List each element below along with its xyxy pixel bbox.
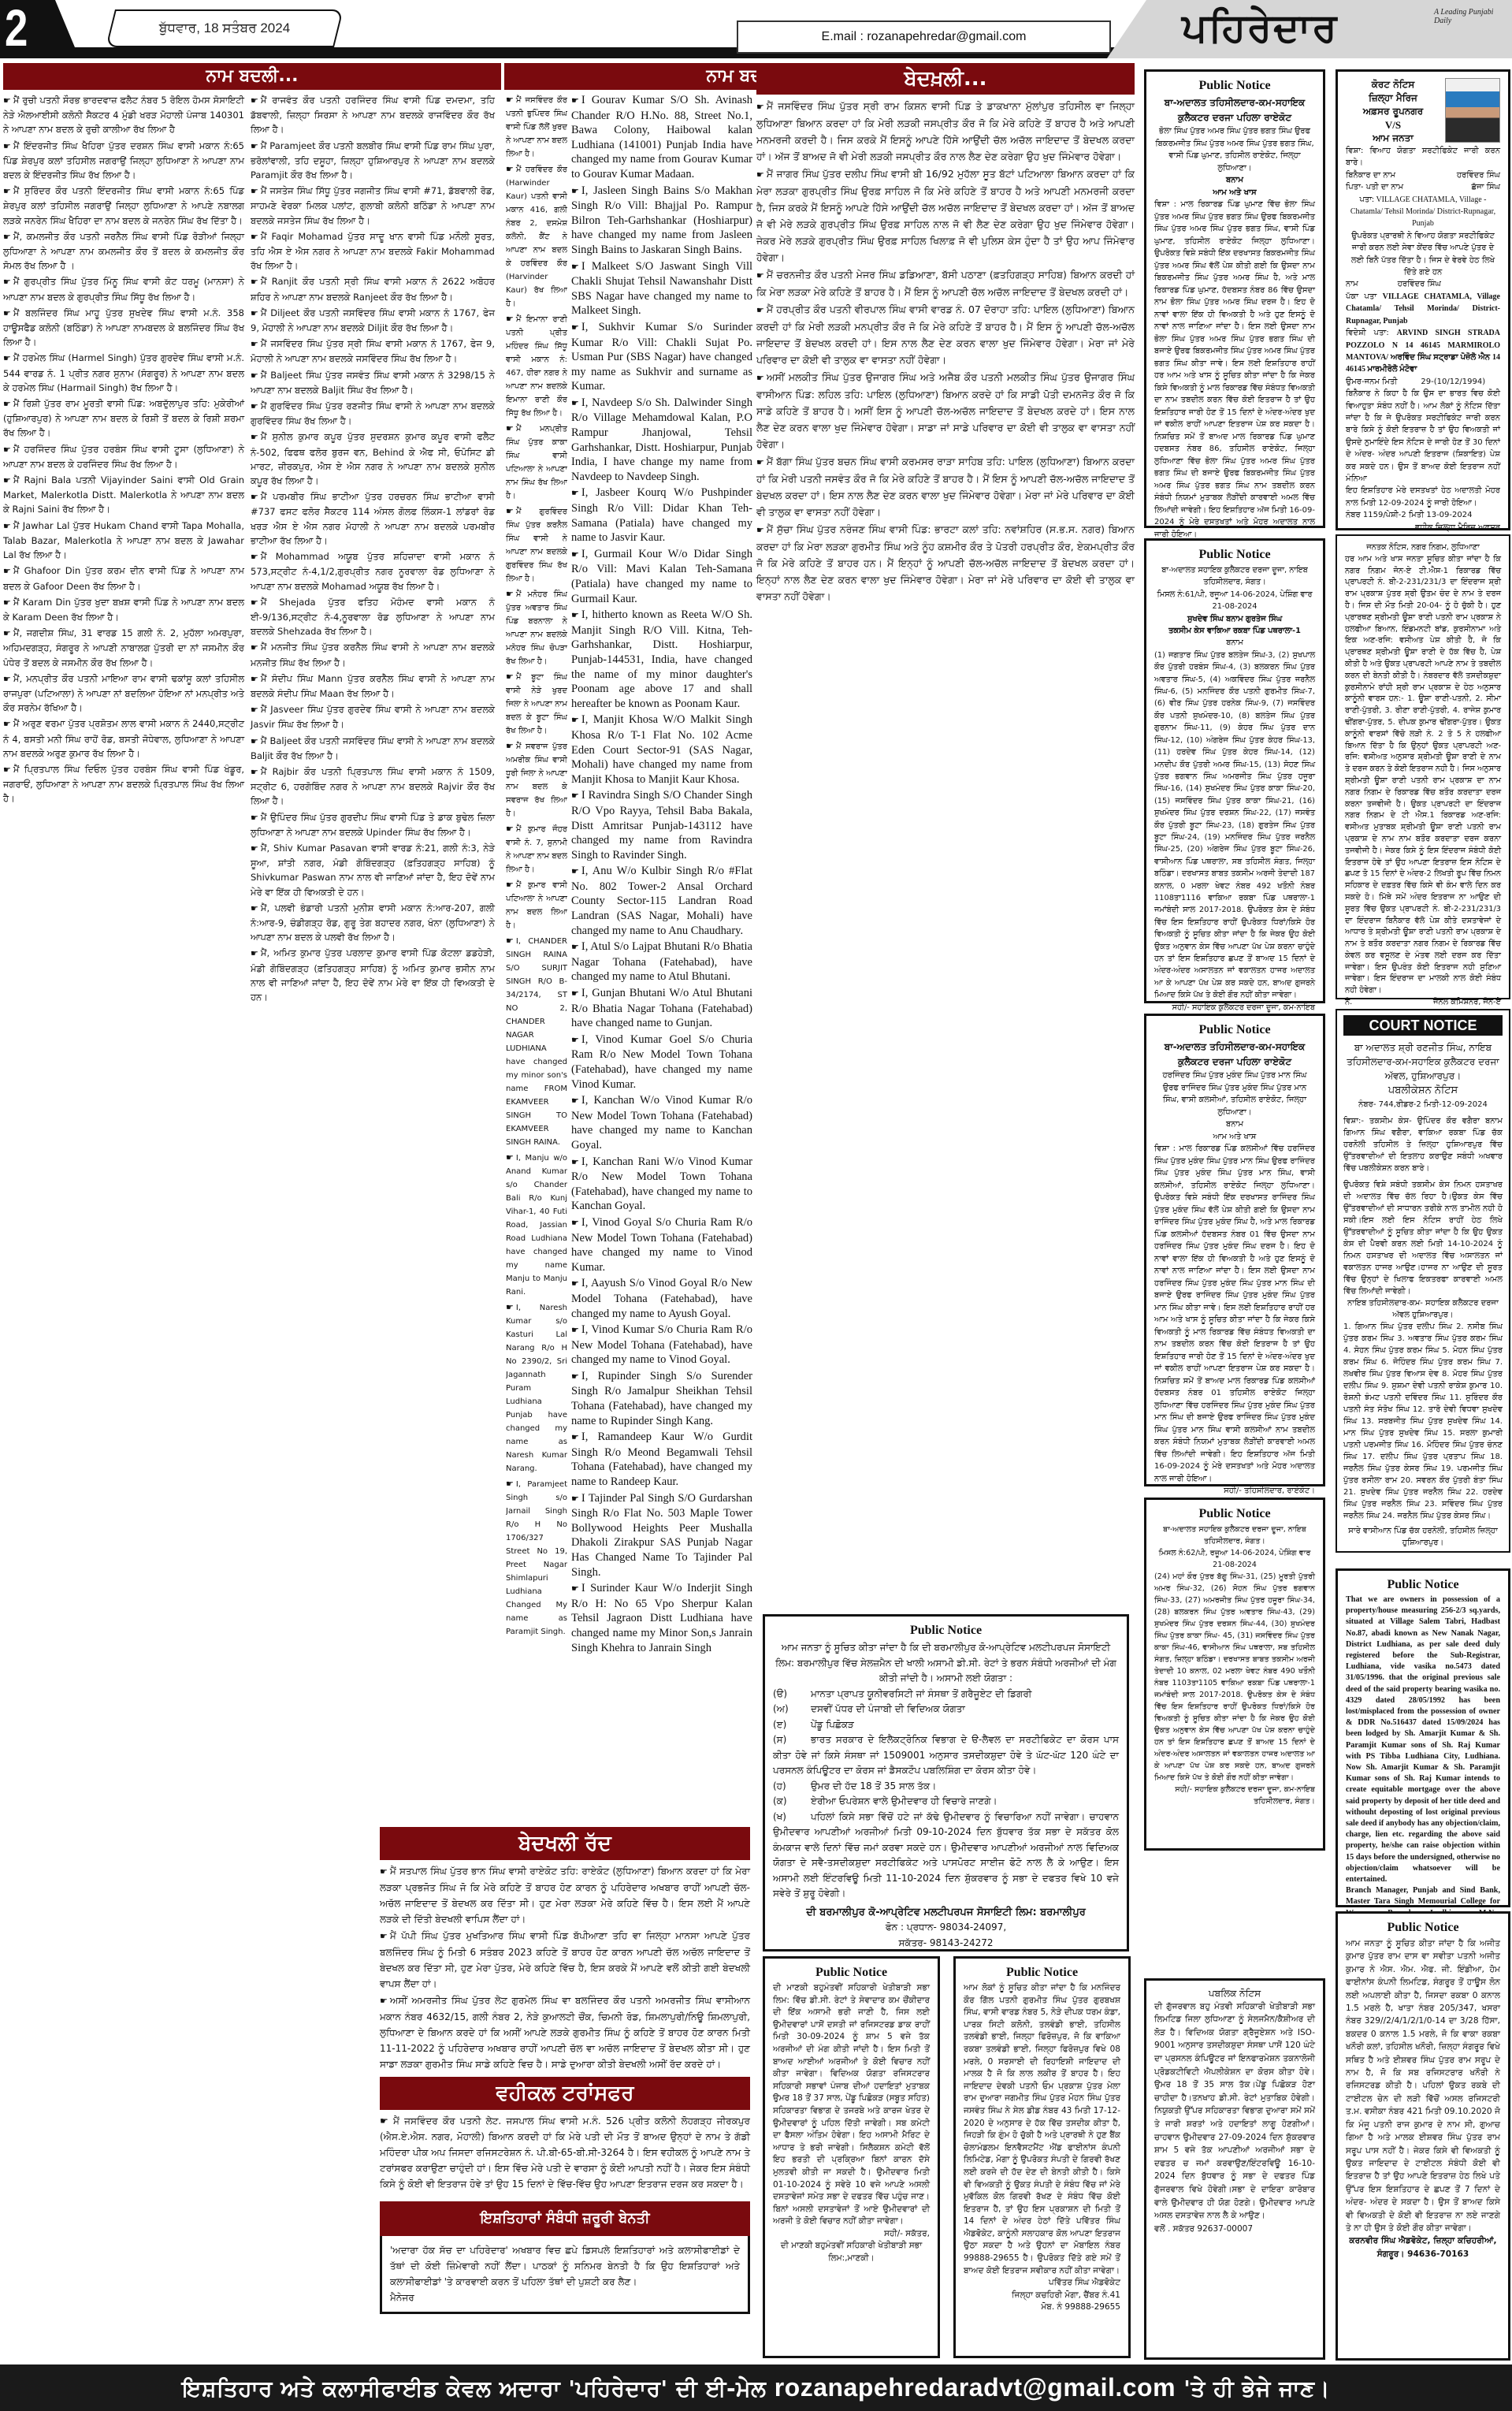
pointing-hand-icon: ☛ [380, 2115, 388, 2126]
pointing-hand-icon: ☛ [3, 445, 11, 455]
pointing-hand-icon: ☛ [756, 270, 764, 281]
list-item: ☛ਮੈਂ ਸਤਪਾਲ ਸਿੰਘ ਪੁੱਤਰ ਭਾਨ ਸਿੰਘ ਵਾਸੀ ਰਾਏਕ… [380, 1863, 750, 1927]
pointing-hand-icon: ☛ [380, 1866, 388, 1877]
pointing-hand-icon: ☛ [251, 843, 258, 854]
logo-tagline: A Leading Punjabi Daily [1434, 8, 1512, 25]
list-item: ☛ਮੈਂ ਜਸਵਿੰਦਰ ਸਿੰਘ ਪੁੱਤਰ ਸ੍ਰੀ ਰਾਮ ਕਿਸ਼ਨ ਵ… [756, 98, 1135, 165]
pointing-hand-icon: ☛ [251, 948, 258, 958]
applicant-row: ਬਿਨੈਕਾਰ ਦਾ ਨਾਮ ਹਰਵਿੰਦਰ ਸਿੰਘ [1346, 169, 1500, 181]
age-label: ਉਮਰ-ਜਨਮ ਮਿਤੀ [1346, 376, 1397, 388]
pointing-hand-icon: ☛ [380, 1996, 388, 2006]
list-item: ☛ਮੈਂ, ਪਲਵੀ ਭੰਡਾਰੀ ਪਤਨੀ ਮੁਨੀਸ਼ ਵਾਸੀ ਮਕਾਨ … [251, 901, 495, 945]
applicant-name: ਹਰਵਿੰਦਰ ਸਿੰਘ [1457, 169, 1500, 181]
notice-title: Public Notice [1346, 1577, 1500, 1593]
notice-signature: ਨਾਇਬ ਤਹਿਸੀਲਦਾਰ-ਕਮ- ਸਹਾਇਕ ਕਲੈਕਟਰ ਦਰਜਾ ਅੱਵ… [1343, 1297, 1503, 1321]
entry-text: ਮੈਂ Rajbir ਕੌਰ ਪਤਨੀ ਪ੍ਰਿਤਪਾਲ ਸਿੰਘ ਵਾਸੀ ਮ… [251, 766, 495, 806]
pointing-hand-icon: ☛ [571, 943, 579, 952]
qualification-item: (ਸ)ਭਾਰਤ ਸਰਕਾਰ ਦੇ ਇਲੈਕਟ੍ਰੋਨਿਕ ਵਿਭਾਗ ਦੇ ੳ-… [773, 1732, 1119, 1779]
notice-body: ਦੀ ਗੁੱਜਰਵਾਲ ਬਹੁ ਮੰਤਵੀ ਸਹਿਕਾਰੀ ਖੇਤੀਬਾੜੀ ਸ… [1154, 2000, 1315, 2223]
notice-body-3: ਇਹ ਇਸ਼ਤਿਹਾਰ ਮੇਰੇ ਦਸਤਖਤਾਂ ਹੇਠ ਅਦਾਲਤੀ ਮੋਹਰ… [1346, 485, 1500, 509]
pointing-hand-icon: ☛ [251, 232, 258, 242]
list-item: ☛ਮੈਂ ਕੁਮਾਰ ਜੌਹਰ ਵਾਸੀ ਨੰ. 7, ਸੁਨਾਮੀ ਨੇ ਆਪ… [506, 822, 567, 876]
notice-signature: ਕਰਨਵੀਰ ਸਿੰਘ ਐਡਵੋਕੇਟ, ਜ਼ਿਲ੍ਹਾ ਕਚਿਹਰੀਆਂ, ਸ… [1346, 2234, 1500, 2260]
perm-address-label: ਪੱਕਾ ਪਤਾ [1346, 292, 1376, 301]
list-item: ☛ਮੈਂ ਉਪਿੰਦਰ ਸਿੰਘ ਪੁੱਤਰ ਗੁਰਦੀਪ ਸਿੰਘ ਵਾਸੀ … [251, 810, 495, 839]
issue-date: ਬੁੱਧਵਾਰ, 18 ਸਤੰਬਰ 2024 [110, 9, 339, 47]
section-heading-disinherit: ਬੇਦਖ਼ਲੀ... [756, 63, 1135, 95]
entry-text: ਮੈਂ ਹਰਪ੍ਰੀਤ ਕੌਰ ਪਤਨੀ ਵੀਰਪਾਲ ਸਿੰਘ ਵਾਸੀ ਵਾ… [756, 303, 1135, 366]
newspaper-logo: ਪਹਿਰੇਦਾਰ [1182, 5, 1338, 51]
pointing-hand-icon: ☛ [506, 506, 514, 516]
qualification-key: (ਸ) [773, 1732, 811, 1748]
list-item: ☛ਮੈਂ ਗੁਰਪ੍ਰੀਤ ਸਿੰਘ ਪੁੱਤਰ ਮਿੰਨੂ ਸਿੰਘ ਵਾਸੀ… [3, 274, 244, 303]
section-heading-name-change-1: ਨਾਮ ਬਦਲੀ... [3, 63, 501, 90]
pointing-hand-icon: ☛ [3, 277, 11, 287]
notice-parties: ਭੋਲਾ ਸਿੰਘ ਪੁੱਤਰ ਅਮਰ ਸਿੰਘ ਪੁੱਤਰ ਭਗਤ ਸਿੰਘ … [1154, 125, 1315, 174]
pointing-hand-icon: ☛ [506, 1479, 514, 1489]
entry-text: ਮੈਂ ਸੁੱਚਾ ਸਿੰਘ ਪੁੱਤਰ ਨਰੰਜਣ ਸਿੰਘ ਵਾਸੀ ਪਿੰ… [756, 523, 1135, 602]
list-item: ☛ਮੈਂ ਮਨਪ੍ਰੀਤ ਸਿੰਘ ਪੁੱਤਰ ਕਾਕਾ ਸਿੰਘ ਵਾਸੀ ਪ… [506, 422, 567, 503]
entry-text: I, Vinod Kumar S/o Churia Ram R/o New Mo… [571, 1323, 752, 1366]
entry-text: ਮੈਂ ਸਤਪਾਲ ਸਿੰਘ ਪੁੱਤਰ ਭਾਨ ਸਿੰਘ ਵਾਸੀ ਰਾਏਕੋ… [380, 1866, 750, 1925]
pointing-hand-icon: ☛ [251, 642, 258, 653]
pointing-hand-icon: ☛ [506, 589, 514, 599]
list-item: ☛I Surinder Kaur W/o Inderjit Singh R/o … [571, 1581, 752, 1655]
list-item: ☛ਮੈਂ, ਜਗਦੀਸ਼ ਸਿੰਘ, 31 ਵਾਰਡ 15 ਗਲੀ ਨੰ. 2,… [3, 626, 244, 670]
qualification-key: (ਹ) [773, 1779, 811, 1795]
pointing-hand-icon: ☛ [571, 187, 579, 196]
notice-court: ਬਾ-ਅਦਾਲਤ ਤਹਿਸੀਲਦਾਰ-ਕਮ-ਸਹਾਇਕ ਕੁਲੈਕਟਰ ਦਰਜਾ… [1154, 95, 1315, 125]
age-value: 29-(10/12/1994) [1421, 376, 1485, 388]
list-item: ☛ਮੈਂ Faqir Mohamad ਪੁੱਤਰ ਸਾਦੂ ਖਾਨ ਵਾਸੀ ਪ… [251, 229, 495, 273]
name-change-col-2: ☛ਮੈਂ ਰਾਜਵੰਤ ਕੌਰ ਪਤਨੀ ਹਰਜਿੰਦਰ ਸਿੰਘ ਵਾਸੀ ਪ… [251, 93, 495, 1006]
pointing-hand-icon: ☛ [251, 277, 258, 287]
ad-request-box: ਇਸ਼ਤਿਹਾਰਾਂ ਸੰਬੰਧੀ ਜ਼ਰੂਰੀ ਬੇਨਤੀ 'ਅਦਾਰਾ ਹੱ… [380, 2201, 750, 2314]
qualification-item: (ਖ)ਪਹਿਲਾਂ ਕਿਸੇ ਸਭਾ ਵਿੱਚੋਂ ਹਟੇ ਜਾਂ ਕੱਢੇ ਉ… [773, 1810, 1119, 1902]
pointing-hand-icon: ☛ [251, 552, 258, 562]
footer-email-link[interactable]: rozanapehredaradvt@gmail.com [775, 2373, 1176, 2402]
sangrur-public-notice: Public Notice ਆਮ ਜਨਤਾ ਨੂੰ ਸੂਚਿਤ ਕੀਤਾ ਜਾਂ… [1336, 1911, 1510, 2361]
pointing-hand-icon: ☛ [3, 719, 11, 729]
list-item: ☛I, Ramandeep Kaur W/o Gurdit Singh R/o … [571, 1430, 752, 1489]
pointing-hand-icon: ☛ [506, 824, 514, 834]
pointing-hand-icon: ☛ [251, 597, 258, 608]
name-change-list-english: ☛I Gourav Kumar S/O Sh. Avinash Chander … [571, 93, 752, 1655]
list-item: ☛ਮੈਂ ਇਮਾਨਾ ਰਾਣੀ ਪਤਨੀ ਪ੍ਰੀਤ ਮਹਿੰਦਰ ਸਿੰਘ ਸ… [506, 312, 567, 420]
pointing-hand-icon: ☛ [571, 1494, 579, 1504]
notice-public: ਆਮ ਅਤੇ ਖਾਸ [1154, 1131, 1315, 1144]
qualification-value: ਪਹਿਲਾਂ ਕਿਸੇ ਸਭਾ ਵਿੱਚੋਂ ਹਟੇ ਜਾਂ ਕੱਢੇ ਉਮੀਦ… [773, 1811, 1119, 1899]
notice-vs: ਬਨਾਮ [1154, 637, 1315, 649]
notice-body: (24) ਮਹਾਂ ਕੌਰ ਪੁੱਤਰ ਬੱਗੂ ਸਿੰਘ-31, (25) ਮ… [1154, 1571, 1315, 1784]
list-item: ☛ਮੈਂ ਰਿਸ਼ੀ ਪੁੱਤਰ ਰਾਮ ਮੂਰਤੀ ਵਾਸੀ ਪਿੰਡ: ਅਬ… [3, 396, 244, 441]
applicant-photo [1445, 78, 1500, 143]
list-item: ☛ਮੈਂ Rajni Bala ਪਤਨੀ Vijayinder Saini ਵਾ… [3, 473, 244, 517]
raikot-public-notice-1: Public Notice ਬਾ-ਅਦਾਲਤ ਤਹਿਸੀਲਦਾਰ-ਕਮ-ਸਹਾਇ… [1144, 69, 1325, 528]
pointing-hand-icon: ☛ [756, 102, 764, 112]
name-change-list-3: ☛ਮੈਂ ਜਸਵਿੰਦਰ ਕੌਰ ਪਤਨੀ ਭੁਪਿੰਦਰ ਸਿੰਘ ਵਾਸੀ … [506, 93, 567, 1639]
entry-text: ਮੈਂ ਜਾਗਰ ਸਿੰਘ ਪੁੱਤਰ ਦਲੀਪ ਸਿੰਘ ਵਾਸੀ ਬੀ 16… [756, 168, 1135, 263]
entry-text: I Tajinder Pal Singh S/O Gurdarshan Sing… [571, 1492, 752, 1579]
notice-signature-3: ਮੋਬ. ਨੰ 99888-29655 [964, 2301, 1120, 2314]
list-item: ☛I, Jasleen Singh Bains S/o Makhan Singh… [571, 184, 752, 258]
list-item: ☛ਮੈਂ ਜਾਗਰ ਸਿੰਘ ਪੁੱਤਰ ਦਲੀਪ ਸਿੰਘ ਵਾਸੀ ਬੀ 1… [756, 166, 1135, 266]
entry-text: I, Navdeep S/o Sh. Dalwinder Singh R/o V… [571, 396, 752, 483]
entry-text: ਮੈਂ ਗੁਰਪ੍ਰੀਤ ਸਿੰਘ ਪੁੱਤਰ ਮਿੰਨੂ ਸਿੰਘ ਵਾਸੀ … [3, 276, 244, 302]
entry-text: I, Gunjan Bhutani W/o Atul Bhutani R/o B… [571, 987, 752, 1029]
list-item: ☛ਮੈਂ ਜਸਵਿੰਦਰ ਕੌਰ ਪਤਨੀ ਭੁਪਿੰਦਰ ਸਿੰਘ ਵਾਸੀ … [506, 93, 567, 161]
notice-phone-1: ਫੋਨ : ਪ੍ਰਧਾਨ- 98034-24097, [773, 1920, 1119, 1936]
list-item: ☛I, Sukhvir Kumar S/o Surinder Kumar R/o… [571, 320, 752, 394]
sangat-public-notice-1: Public Notice ਬਾ-ਅਦਾਲਤ ਸਹਾਇਕ ਕੁਲੈਕਟਰ ਦਰਜ… [1144, 538, 1325, 1003]
list-item: ☛ਮੈਂ ਹਰਵਿੰਦਰ ਕੌਰ (Harwinder Kaur) ਪਤਨੀ ਵ… [506, 162, 567, 311]
entry-text: I, Gurmail Kour W/o Didar Singh R/o Vill… [571, 548, 752, 605]
list-item: ☛I, Kanchan W/o Vinod Kumar R/o New Mode… [571, 1093, 752, 1152]
raikot-public-notice-2: Public Notice ਬਾ-ਅਦਾਲਤ ਤਹਿਸੀਲਦਾਰ-ਕਮ-ਸਹਾਇ… [1144, 1014, 1325, 1486]
list-item: ☛ਮੈਂ ਮਨੋਹਰ ਸਿੰਘ ਪੁੱਤਰ ਅਵਤਾਰ ਸਿੰਘ ਪਿੰਡ ਬਰ… [506, 587, 567, 668]
list-item: ☛I, Paramjeet Singh s/o Jarnail Singh R/… [506, 1477, 567, 1639]
entry-text: ਮੈਂ Paramjeet ਕੌਰ ਪਤਨੀ ਬਲਬੀਰ ਸਿੰਘ ਵਾਸੀ ਪ… [251, 140, 495, 180]
list-item: ☛ਮੈਂ Paramjeet ਕੌਰ ਪਤਨੀ ਬਲਬੀਰ ਸਿੰਘ ਵਾਸੀ … [251, 139, 495, 183]
entry-text: ਮੈਂ Baljeet ਸਿੰਘ ਪੁੱਤਰ ਜਸਵੰਤ ਸਿੰਘ ਵਾਸੀ ਮ… [251, 370, 495, 396]
list-item: ☛ਮੈਂ ਸੁਨੀਲ ਕੁਮਾਰ ਕਪੂਰ ਪੁੱਤਰ ਸੁਦਰਸ਼ਨ ਕੁਮਾ… [251, 430, 495, 488]
list-item: ☛ਮੈਂ ਬੱਗਾ ਸਿੰਘ ਪੁੱਤਰ ਬਚਨ ਸਿੰਘ ਵਾਸੀ ਕਰਮਸਰ… [756, 453, 1135, 520]
list-item: ☛ਮੈਂ ਸੁਰਿੰਦਰ ਕੌਰ ਪਤਨੀ ਇੰਦਰਜੀਤ ਸਿੰਘ ਵਾਸੀ … [3, 184, 244, 228]
notice-case: ਮਿਸਲ ਨੰ:62/ਪੀ, ਰਜੂਆ 14-06-2024, ਪੇਸ਼ਿੰਗ … [1154, 1547, 1315, 1571]
notice-title: Public Notice [773, 1623, 1119, 1639]
list-item: ☛I Malkeet S/O Jaswant Singh Vill Chakli… [571, 259, 752, 318]
pointing-hand-icon: ☛ [251, 432, 258, 442]
pointing-hand-icon: ☛ [251, 339, 258, 349]
notice-subject: ਵਿਸ਼ਾ: ਵਿਆਹ ਯੋਗਤਾ ਸਰਟੀਫਿਕੇਟ ਜਾਰੀ ਕਰਨ ਬਾਰ… [1346, 145, 1500, 169]
list-item: ☛ਮੈਂ ਮਨਜੀਤ ਸਿੰਘ ਪੁੱਤਰ ਕਰਨੈਲ ਸਿੰਘ ਵਾਸੀ ਨੇ… [251, 640, 495, 669]
list-item: ☛ਮੈਂ Rajbir ਕੌਰ ਪਤਨੀ ਪ੍ਰਿਤਪਾਲ ਸਿੰਘ ਵਾਸੀ … [251, 765, 495, 809]
entry-text: ਅਸੀਂ ਮਲਕੀਤ ਸਿੰਘ ਪੁੱਤਰ ਉਜਾਗਰ ਸਿੰਘ ਅਤੇ ਅਜੈ… [756, 371, 1135, 450]
list-item: ☛I, Gunjan Bhutani W/o Atul Bhutani R/o … [571, 986, 752, 1031]
pointing-hand-icon: ☛ [3, 399, 11, 409]
perm-address-row: ਪੱਕਾ ਪਤਾ VILLAGE CHATAMLA, Village Chata… [1346, 291, 1500, 327]
entry-text: I, Jasbeer Kourq W/o Pushpinder Singh R/… [571, 486, 752, 544]
notice-signature: ਵਲੋਂ . ਸਕੱਤਰ 92637-00007 [1154, 2223, 1315, 2236]
list-item: ☛ਮੈਂ ਅਰੁਣ ਵਰਮਾ ਪੁੱਤਰ ਪ੍ਰਸ਼ੋਤਮ ਲਾਲ ਵਾਸੀ ਮ… [3, 716, 244, 761]
entry-text: I, Rupinder Singh S/o Surender Singh R/o… [571, 1370, 752, 1427]
applicant-address: ਪਤਾ: VILLAGE CHATAMLA, Village - Chataml… [1346, 194, 1500, 230]
qualification-list: (ੳ)ਮਾਨਤਾ ਪ੍ਰਾਪਤ ਯੂਨੀਵਰਸਿਟੀ ਜਾਂ ਸੰਸਥਾ ਤੋਂ… [773, 1687, 1119, 1902]
entry-text: ਮੈਂ ਕੁਮਾਰ ਜੌਹਰ ਵਾਸੀ ਨੰ. 7, ਸੁਨਾਮੀ ਨੇ ਆਪਣ… [506, 825, 567, 874]
pointing-hand-icon: ☛ [571, 867, 579, 876]
entry-text: ਮੈਂ Mohammad ਅਯੂਬ ਪੁੱਤਰ ਸ਼ਹਿਜ਼ਾਦਾ ਵਾਸੀ ਮ… [251, 551, 495, 591]
contact-email[interactable]: E.mail : rozanapehredar@gmail.com [737, 20, 1111, 54]
qualification-key: (ੲ) [773, 1717, 811, 1733]
entry-text: ਮੈਂ Ranjit ਕੌਰ ਪਤਨੀ ਸ੍ਰੀ ਸਿੰਘ ਵਾਸੀ ਮਕਾਨ … [251, 276, 495, 302]
entry-text: ਮੈਂ ਇਮਾਨਾ ਰਾਣੀ ਪਤਨੀ ਪ੍ਰੀਤ ਮਹਿੰਦਰ ਸਿੰਘ ਸਿ… [506, 315, 567, 418]
entry-text: ਮੈਂ, ਕਮਲਜੀਤ ਕੌਰ ਪਤਨੀ ਜਰਨੈਲ ਸਿੰਘ ਵਾਸੀ ਪਿੰ… [3, 231, 244, 271]
notice-body-1: ਉਪਰੋਕਤ ਪ੍ਰਾਰਥੀ ਨੇ ਵਿਆਹ ਯੋਗਤਾ ਸਰਟੀਫਿਕੇਟ ਜ… [1346, 230, 1500, 279]
notice-title: Public Notice [1154, 1506, 1315, 1522]
lower-middle-section: ਬੇਦਖਲੀ ਰੱਦ ☛ਮੈਂ ਸਤਪਾਲ ਸਿੰਘ ਪੁੱਤਰ ਭਾਨ ਸਿੰ… [380, 1827, 750, 2314]
list-item: ☛I, Vinod Kumar S/o Churia Ram R/o New M… [571, 1323, 752, 1367]
list-item: ☛I, Vinod Kumar Goel S/o Churia Ram R/o … [571, 1032, 752, 1092]
foreign-address-row: ਵਿਦੇਸ਼ੀ ਪਤਾ: ARVIND SINGH STRADA POZZOLO… [1346, 327, 1500, 376]
list-item: ☛ਮੈਂ, Shiv Kumar Pasavan ਵਾਸੀ ਵਾਰਡ ਨੰ:21… [251, 841, 495, 899]
entry-text: ਮੈਂ ਪ੍ਰਿਤਪਾਲ ਸਿੰਘ ਦਿਓਲ ਪੁੱਤਰ ਹਰਬੰਸ ਸਿੰਘ … [3, 764, 244, 804]
pointing-hand-icon: ☛ [756, 457, 764, 467]
applicant-label: ਬਿਨੈਕਾਰ ਦਾ ਨਾਮ [1346, 169, 1395, 181]
notice-court: ਬਾ-ਅਦਾਲਤ ਸਹਾਇਕ ਕੁਲੈਕਟਰ ਦਰਜਾ ਦੂਜਾ, ਨਾਇਬ ਤ… [1154, 564, 1315, 589]
entry-text: ਮੈਂ ਬੱਗਾ ਸਿੰਘ ਪੁੱਤਰ ਬਚਨ ਸਿੰਘ ਵਾਸੀ ਕਰਮਸਰ … [756, 456, 1135, 518]
qualification-key: (ਕ) [773, 1794, 811, 1810]
list-item: ☛ਮੈਂ ਹਰਮੇਲ ਸਿੰਘ (Harmel Singh) ਪੁੱਤਰ ਗੁਰ… [3, 351, 244, 395]
rupnagar-court-notice: ਕੋਰਟ ਨੋਟਿਸ ਜ਼ਿਲ੍ਹਾ ਮੈਰਿਜ ਅਫ਼ਸਰ ਰੂਪਨਗਰ V/… [1336, 69, 1510, 530]
signature-row-1: ਨੰ. ਜੋਨਲ ਕਮਿਸ਼ਨਰ, ਜੋਨ-ਏ [1345, 997, 1501, 1009]
entry-text: ਮੈਂ ਗੁਰਵਿੰਦਰ ਸਿੰਘ ਪੁੱਤਰ ਰਣਜੀਤ ਸਿੰਘ ਵਾਸੀ … [251, 400, 495, 426]
father-name: ਛੱਜਾ ਸਿੰਘ [1472, 181, 1500, 193]
entry-text: I, Vinod Goyal S/o Churia Ram R/o New Mo… [571, 1216, 752, 1274]
pointing-hand-icon: ☛ [506, 1302, 514, 1312]
qualification-value: ਦਸਵੀਂ ਪੱਧਰ ਦੀ ਪੰਜਾਬੀ ਦੀ ਵਿਦਿਅਕ ਯੋਗਤਾ [811, 1703, 965, 1714]
list-item: ☛ਮੈਂ ਸੁੱਚਾ ਸਿੰਘ ਪੁੱਤਰ ਨਰੰਜਣ ਸਿੰਘ ਵਾਸੀ ਪਿ… [756, 521, 1135, 605]
qualification-item: (ਕ)ਏਰੀਆ ਓਪਰੇਸ਼ਨ ਵਾਲੇ ਉਮੀਦਵਾਰ ਹੀ ਵਿਚਾਰੇ ਜ… [773, 1794, 1119, 1810]
list-item: ☛ਮੈਂ Jawhar Lal ਪੁੱਤਰ Hukam Chand ਵਾਸੀ T… [3, 519, 244, 563]
entry-text: ਅਸੀਂ ਅਮਰਜੀਤ ਸਿੰਘ ਪੁੱਤਰ ਲੇਟ ਗੁਰਮੇਲ ਸਿੰਘ ਵ… [380, 1995, 750, 2070]
entry-text: ਮੈਂ ਸੁਰਿੰਦਰ ਕੌਰ ਪਤਨੀ ਇੰਦਰਜੀਤ ਸਿੰਘ ਵਾਸੀ ਮ… [3, 185, 244, 225]
entry-text: ਮੈਂ, ਪਲਵੀ ਭੰਡਾਰੀ ਪਤਨੀ ਮੁਨੀਸ਼ ਵਾਸੀ ਮਕਾਨ ਨ… [251, 902, 495, 943]
entry-text: I, Anu W/o Kulbir Singh R/o #Flat No. 80… [571, 865, 752, 936]
notice-court: ਬਾ-ਅਦਾਲਤ ਤਹਿਸੀਲਦਾਰ-ਕਮ-ਸਹਾਇਕ ਕੁਲੈਕਟਰ ਦਰਜਾ… [1154, 1040, 1315, 1070]
entry-text: ਮੈਂ ਸੁਨੀਲ ਕੁਮਾਰ ਕਪੂਰ ਪੁੱਤਰ ਸੁਦਰਸ਼ਨ ਕੁਮਾਰ… [251, 431, 495, 486]
entry-text: ਮੈਂ ਬੂਟਾ ਸਿੰਘ ਵਾਸੀ ਨੇੜੇ ਖੁਰਦ ਜਿਲਾ ਨੇ ਆਪਣ… [506, 673, 567, 735]
vehicle-transfer-entry: ☛ ਮੈਂ ਜਸਵਿੰਦਰ ਕੌਰ ਪਤਨੀ ਲੇਟ. ਜਸਪਾਲ ਸਿੰਘ ਵ… [380, 2113, 750, 2192]
qualification-key: (ਅ) [773, 1702, 811, 1717]
notice-case: ਮਿਸਲ ਨੰ:61/ਪੀ, ਰਜੂਆ 14-06-2024, ਪੇਸ਼ਿੰਗ … [1154, 589, 1315, 613]
disinherit-list: ☛ਮੈਂ ਜਸਵਿੰਦਰ ਸਿੰਘ ਪੁੱਤਰ ਸ੍ਰੀ ਰਾਮ ਕਿਸ਼ਨ ਵ… [756, 98, 1135, 605]
list-item: ☛I, Navdeep S/o Sh. Dalwinder Singh R/o … [571, 396, 752, 485]
list-item: ☛ਮੈਂ Ranjit ਕੌਰ ਪਤਨੀ ਸ੍ਰੀ ਸਿੰਘ ਵਾਸੀ ਮਕਾਨ… [251, 274, 495, 303]
entry-text: I, Vinod Kumar Goel S/o Churia Ram R/o N… [571, 1033, 752, 1091]
pointing-hand-icon: ☛ [506, 1152, 514, 1163]
notice-title: Public Notice [1154, 78, 1315, 94]
entry-text: ਮੈਂ ਗੁਰਵਿੰਦਰ ਸਿੰਘ ਪੁੱਤਰ ਕਰਨੈਲ ਸਿੰਘ ਵਾਸੀ … [506, 508, 567, 583]
notice-title: Public Notice [773, 1965, 930, 1981]
notice-ref: ਨੰਬਰ- 744,ਰੀਡਰ-2 ਮਿਤੀ-12-09-2024 [1343, 1099, 1503, 1111]
section-heading-disinherit-cancel: ਬੇਦਖਲੀ ਰੱਦ [380, 1827, 750, 1860]
list-item: ☛I, Jasbeer Kourq W/o Pushpinder Singh R… [571, 486, 752, 545]
list-item: ☛I, Manjit Khosa W/O Malkit Singh Khosa … [571, 713, 752, 787]
notice-signature-1: ਜੋਨਲ ਕਮਿਸ਼ਨਰ, ਜੋਨ-ਏ [1433, 997, 1501, 1009]
list-item: ☛ਮੈਂ ਰਾਜਵੰਤ ਕੌਰ ਪਤਨੀ ਹਰਜਿੰਦਰ ਸਿੰਘ ਵਾਸੀ ਪ… [251, 93, 495, 137]
list-item: ☛ਮੈਂ ਜਸਤੇਜ ਸਿੰਘ ਸਿੱਧੂ ਪੁੱਤਰ ਜਗਜੀਤ ਸਿੰਘ ਵ… [251, 184, 495, 228]
entry-text: ਮੈਂ ਜਸਤੇਜ ਸਿੰਘ ਸਿੱਧੂ ਪੁੱਤਰ ਜਗਜੀਤ ਸਿੰਘ ਵਾ… [251, 185, 495, 225]
ad-request-sign: ਮੈਨੇਜਰ [390, 2290, 740, 2305]
pointing-hand-icon: ☛ [3, 232, 11, 242]
pointing-hand-icon: ☛ [571, 1279, 579, 1289]
pointing-hand-icon: ☛ [3, 674, 11, 684]
pointing-hand-icon: ☛ [506, 741, 514, 751]
pointing-hand-icon: ☛ [571, 1036, 579, 1045]
date-box: ਬੁੱਧਵਾਰ, 18 ਸਤੰਬਰ 2024 [110, 9, 339, 47]
pointing-hand-icon: ☛ [756, 169, 764, 180]
pointing-hand-icon: ☛ [3, 308, 11, 318]
entry-text: ਮੈਂ ਸਵਰਾਜ ਪੁੱਤਰ ਅਮਰੀਕ ਸਿੰਘ ਵਾਸੀ ਧੂਰੀ ਜਿਲ… [506, 742, 567, 818]
notice-title: ਪਬਲਿਕ ਨੋਟਿਸ [1154, 1987, 1315, 2000]
list-item: ☛I, Rupinder Singh S/o Surender Singh R/… [571, 1369, 752, 1428]
list-item: ☛ਅਸੀਂ ਅਮਰਜੀਤ ਸਿੰਘ ਪੁੱਤਰ ਲੇਟ ਗੁਰਮੇਲ ਸਿੰਘ … [380, 1992, 750, 2072]
pointing-hand-icon: ☛ [3, 141, 11, 151]
notice-court: ਬਾ-ਅਦਾਲਤ ਸਹਾਇਕ ਕੁਲੈਕਟਰ ਦਰਜਾ ਦੂਜਾ, ਨਾਇਬ ਤ… [1154, 1524, 1315, 1547]
disinherit-cancel-list: ☛ਮੈਂ ਸਤਪਾਲ ਸਿੰਘ ਪੁੱਤਰ ਭਾਨ ਸਿੰਘ ਵਾਸੀ ਰਾਏਕ… [380, 1863, 750, 2072]
entry-text: ਮੈਂ, ਜਗਦੀਸ਼ ਸਿੰਘ, 31 ਵਾਰਡ 15 ਗਲੀ ਨੰ. 2, … [3, 627, 244, 668]
pointing-hand-icon: ☛ [756, 373, 764, 383]
qualification-key: (ਖ) [773, 1810, 811, 1825]
entry-text: I, Manjit Khosa W/O Malkit Singh Khosa R… [571, 713, 752, 785]
list-item: ☛I, Kanchan Rani W/o Vinod Kumar R/o New… [571, 1155, 752, 1214]
list-item: ☛ਮੈਂ Diljeet ਕੌਰ ਪਤਨੀ ਜਸਵਿੰਦਰ ਸਿੰਘ ਵਾਸੀ … [251, 306, 495, 335]
notice-org: ਦੀ ਮਾਣਕੀ ਬਹੁਮੰਤਵੀਂ ਸਹਿਕਾਰੀ ਖੇਤੀਬਾੜੀ ਸਭਾ … [773, 2240, 930, 2264]
entry-text: ਮੈਂ ਰਿਸ਼ੀ ਪੁੱਤਰ ਰਾਮ ਮੂਰਤੀ ਵਾਸੀ ਪਿੰਡ: ਅਬਦ… [3, 398, 244, 438]
list-item: ☛ਮੈਂ ਇੰਦਰਜੀਤ ਸਿੰਘ ਖੈਹਿਰਾ ਪੁੱਤਰ ਦਰਸ਼ਨ ਸਿੰ… [3, 139, 244, 183]
entry-text: I, Kanchan W/o Vinod Kumar R/o New Model… [571, 1094, 752, 1152]
list-item: ☛I Tajinder Pal Singh S/O Gurdarshan Sin… [571, 1491, 752, 1580]
notice-body: ਵਿਸ਼ਾ : ਮਾਲ ਰਿਕਾਰਡ ਪਿੰਡ ਕਲਸੀਆਂ ਵਿੱਚ ਹਰਜਿ… [1154, 1143, 1315, 1485]
entry-text: I Surinder Kaur W/o Inderjit Singh R/o H… [571, 1582, 752, 1654]
pointing-hand-icon: ☛ [251, 370, 258, 381]
list-item: ☛I, Atul S/o Lajpat Bhutani R/o Bhatia N… [571, 939, 752, 984]
notice-vs: ਬਨਾਮ [1154, 1118, 1315, 1131]
footer-banner: ਇਸ਼ਤਿਹਾਰ ਅਤੇ ਕਲਾਸੀਫਾਈਡ ਕੇਵਲ ਅਦਾਰਾ 'ਪਹਿਰੇ… [0, 2364, 1512, 2411]
notice-body: (1) ਜਗਤਾਰ ਸਿੰਘ ਪੁੱਤਰ ਬਲਤੇਜ ਸਿੰਘ-3, (2) ਸ… [1154, 649, 1315, 1002]
entry-text: ਮੈਂ ਚਰਨਜੀਤ ਕੌਰ ਪਤਨੀ ਮੇਜਰ ਸਿੰਘ ਡਡਿਆਣਾ, ਬੱ… [756, 269, 1135, 298]
entry-text: I, Atul S/o Lajpat Bhutani R/o Bhatia Na… [571, 940, 752, 983]
list-item: ☛ਮੈਂ Karam Din ਪੁੱਤਰ ਖੁਦਾ ਬਖ਼ਸ਼ ਵਾਸੀ ਪਿੰ… [3, 595, 244, 624]
list-item: ☛ਮੈਂ, ਅਮਿਤ ਕੁਮਾਰ ਪੁੱਤਰ ਪਰਲਾਦ ਕੁਮਾਰ ਵਾਸੀ … [251, 946, 495, 1004]
list-item: ☛I, Naresh Kumar s/o Kasturi Lal Narang … [506, 1300, 567, 1475]
pointing-hand-icon: ☛ [380, 1931, 388, 1941]
entry-text: I, Ramandeep Kaur W/o Gurdit Singh R/o M… [571, 1431, 752, 1488]
list-item: ☛I Gourav Kumar S/O Sh. Avinash Chander … [571, 93, 752, 182]
notice-title: Public Notice [1154, 1022, 1315, 1038]
pointing-hand-icon: ☛ [506, 880, 514, 890]
pointing-hand-icon: ☛ [571, 1158, 579, 1167]
notice-ref: ਨੰਬਰ 1159/ਪੇਸ਼ੀ-2 ਮਿਤੀ 13-09-2024 [1346, 509, 1500, 521]
list-item: ☛ਅਸੀਂ ਮਲਕੀਤ ਸਿੰਘ ਪੁੱਤਰ ਉਜਾਗਰ ਸਿੰਘ ਅਤੇ ਅਜ… [756, 369, 1135, 452]
qualification-value: ਏਰੀਆ ਓਪਰੇਸ਼ਨ ਵਾਲੇ ਉਮੀਦਵਾਰ ਹੀ ਵਿਚਾਰੇ ਜਾਣਗ… [811, 1795, 997, 1806]
entry-text: I, Aayush S/o Vinod Goyal R/o New Model … [571, 1277, 752, 1319]
vehicle-transfer-text: ਮੈਂ ਜਸਵਿੰਦਰ ਕੌਰ ਪਤਨੀ ਲੇਟ. ਜਸਪਾਲ ਸਿੰਘ ਵਾਸ… [380, 2115, 750, 2190]
page-number: 2 [5, 2, 28, 54]
entry-text: ਮੈਂ Baljeet ਕੌਰ ਪਤਨੀ ਜਸਵਿੰਦਰ ਸਿੰਘ ਵਾਸੀ ਨ… [251, 735, 495, 761]
list-item: ☛ਮੈਂ Ghafoor Din ਪੁੱਤਰ ਕਰਮ ਦੀਨ ਵਾਸੀ ਪਿੰਡ… [3, 564, 244, 593]
entry-text: ਮੈਂ ਰੁਚੀ ਪਤਨੀ ਸੌਰਭ ਭਾਰਦਵਾਜ਼ ਫਲੈਟ ਨੰਬਰ 5 … [3, 95, 244, 135]
footer-text-end: 'ਤੇ ਹੀ ਭੇਜੇ ਜਾਣ। [1183, 2376, 1330, 2402]
entry-text: ਮੈਂ ਜਸਵਿੰਦਰ ਕੌਰ ਪਤਨੀ ਭੁਪਿੰਦਰ ਸਿੰਘ ਵਾਸੀ ਪ… [506, 96, 567, 158]
notice-subject: ਵਿਸ਼ਾ:- ਤਕਸੀਮ ਕੇਸ- ਉਪਿੰਦਰ ਕੌਰ ਵਗੈਰਾ ਬਨਾਮ… [1343, 1115, 1503, 1174]
qualification-item: (ਅ)ਦਸਵੀਂ ਪੱਧਰ ਦੀ ਪੰਜਾਬੀ ਦੀ ਵਿਦਿਅਕ ਯੋਗਤਾ [773, 1702, 1119, 1717]
entry-text: ਮੈਂ Faqir Mohamad ਪੁੱਤਰ ਸਾਦੂ ਖਾਨ ਵਾਸੀ ਪਿ… [251, 231, 495, 271]
list-item: ☛ਮੈਂ ਕੁਮਾਰ ਵਾਸੀ ਪਟਿਆਲਾ ਨੇ ਆਪਣਾ ਨਾਮ ਬਦਲ ਲ… [506, 878, 567, 932]
pointing-hand-icon: ☛ [251, 903, 258, 913]
entry-text: ਮੈਂ, ਅਮਿਤ ਕੁਮਾਰ ਪੁੱਤਰ ਪਰਲਾਦ ਕੁਮਾਰ ਵਾਸੀ ਪ… [251, 947, 495, 1003]
entry-text: ਮੈਂ ਰਾਜਵੰਤ ਕੌਰ ਪਤਨੀ ਹਰਜਿੰਦਰ ਸਿੰਘ ਵਾਸੀ ਪਿ… [251, 95, 495, 135]
qualification-value: ਉਮਰ ਦੀ ਹੱਦ 18 ਤੋਂ 35 ਸਾਲ ਤੱਕ। [811, 1780, 936, 1792]
entry-text: I, Paramjeet Singh s/o Jarnail Singh R/o… [506, 1480, 567, 1636]
pointing-hand-icon: ☛ [506, 95, 514, 105]
entry-text: ਮੈਂ, ਮਨਪ੍ਰੀਤ ਕੌਰ ਪਤਨੀ ਮਾਇਆ ਰਾਮ ਵਾਸੀ ਢਕਾਂ… [3, 673, 244, 713]
notice-parties: ਸੁਖਦੇ‌ਵ ਸਿੰਘ ਬਨਾਮ ਗੁਰਤੇਜ ਸਿੰਘ [1154, 613, 1315, 625]
list-item: ☛I, CHANDER SINGH RAINA S/O SURJIT SINGH… [506, 934, 567, 1149]
foreign-address-label: ਵਿਦੇਸ਼ੀ ਪਤਾ: [1346, 329, 1389, 337]
age-row: ਉਮਰ-ਜਨਮ ਮਿਤੀ 29-(10/12/1994) [1346, 376, 1500, 388]
list-item: ☛ਮੈਂ ਹਰਪ੍ਰੀਤ ਕੌਰ ਪਤਨੀ ਵੀਰਪਾਲ ਸਿੰਘ ਵਾਸੀ ਵ… [756, 301, 1135, 368]
pointing-hand-icon: ☛ [571, 550, 579, 560]
entry-text: I Ravindra Singh S/O Chander Singh R/O V… [571, 789, 752, 861]
pointing-hand-icon: ☛ [571, 716, 579, 725]
entry-text: I, Sukhvir Kumar S/o Surinder Kumar R/o … [571, 321, 752, 393]
pointing-hand-icon: ☛ [251, 95, 258, 106]
pointing-hand-icon: ☛ [571, 96, 579, 106]
list-item: ☛I, Anu W/o Kulbir Singh R/o #Flat No. 8… [571, 864, 752, 938]
entry-text: ਮੈਂ ਹਰਮੇਲ ਸਿੰਘ (Harmel Singh) ਪੁੱਤਰ ਗੁਰਦ… [3, 352, 244, 393]
pointing-hand-icon: ☛ [251, 813, 258, 823]
entry-text: ਮੈਂ Shejada ਪੁੱਤਰ ਫਤਿਹ ਮੋਹੰਮਦ ਵਾਸੀ ਮਕਾਨ … [251, 597, 495, 637]
list-item: ☛ਮੈਂ ਹਰਜਿੰਦਰ ਸਿੰਘ ਪੁੱਤਰ ਹਰਬੰਸ ਸਿੰਘ ਵਾਸੀ … [3, 442, 244, 471]
notice-court: ਬਾ ਅਦਾਲਤ ਸ਼੍ਰੀ ਰਣਜੀਤ ਸਿੰਘ, ਨਾਇਬ ਤਹਿਸੀਲਦਾ… [1343, 1040, 1503, 1083]
entry-text: ਮੈਂ ਇੰਦਰਜੀਤ ਸਿੰਘ ਖੈਹਿਰਾ ਪੁੱਤਰ ਦਰਸ਼ਨ ਸਿੰਘ… [3, 140, 244, 180]
notice-body: ਆਮ ਲੋਕਾਂ ਨੂੰ ਸੂਚਿਤ ਕੀਤਾ ਜਾਂਦਾ ਹੈ ਕਿ ਮਨਜਿ… [964, 1982, 1120, 2277]
masthead: 2 ਬੁੱਧਵਾਰ, 18 ਸਤੰਬਰ 2024 E.mail : rozana… [0, 0, 1512, 58]
list-item: ☛I, hitherto known as Reeta W/O Sh. Manj… [571, 608, 752, 711]
entry-text: ਮੈਂ Ghafoor Din ਪੁੱਤਰ ਕਰਮ ਦੀਨ ਵਾਸੀ ਪਿੰਡ … [3, 565, 244, 591]
pointing-hand-icon: ☛ [3, 475, 11, 486]
pointing-hand-icon: ☛ [3, 95, 11, 106]
entry-text: I, Jasleen Singh Bains S/o Makhan Singh … [571, 184, 752, 256]
list-item: ☛I, Aayush S/o Vinod Goyal R/o New Model… [571, 1276, 752, 1321]
pointing-hand-icon: ☛ [506, 314, 514, 324]
entry-text: I, CHANDER SINGH RAINA S/O SURJIT SINGH … [506, 937, 567, 1147]
notice-vs: ਬਨਾਮ [1154, 174, 1315, 187]
pointing-hand-icon: ☛ [571, 1372, 579, 1382]
pointing-hand-icon: ☛ [251, 736, 258, 746]
list-item: ☛ਮੈਂ ਚਰਨਜੀਤ ਕੌਰ ਪਤਨੀ ਮੇਜਰ ਸਿੰਘ ਡਡਿਆਣਾ, ਬ… [756, 266, 1135, 300]
notice-body: That we are owners in possession of a pr… [1346, 1594, 1500, 1885]
entry-text: I, Kanchan Rani W/o Vinod Kumar R/o New … [571, 1155, 752, 1213]
entry-text: ਮੈਂ ਮਨਜੀਤ ਸਿੰਘ ਪੁੱਤਰ ਕਰਨੈਲ ਸਿੰਘ ਵਾਸੀ ਨੇ … [251, 642, 495, 668]
notice-title: Public Notice [1346, 1920, 1500, 1936]
notice-org: ਦੀ ਬਰਮਾਲੀਪੁਰ ਕੋ-ਆਪ੍ਰੇਟਿਵ ਮਲਟੀਪਰਪਜ ਸੋਸਾਇਟ… [773, 1905, 1119, 1921]
pointing-hand-icon: ☛ [3, 521, 11, 531]
list-item: ☛ਮੈਂ Baljeet ਕੌਰ ਪਤਨੀ ਜਸਵਿੰਦਰ ਸਿੰਘ ਵਾਸੀ … [251, 734, 495, 763]
entry-text: ਮੈਂ ਹਰਜਿੰਦਰ ਸਿੰਘ ਪੁੱਤਰ ਹਰਬੰਸ ਸਿੰਘ ਵਾਸੀ ਟ… [3, 444, 244, 470]
pointing-hand-icon: ☛ [251, 674, 258, 684]
entry-text: ਮੈਂ ਮਨਪ੍ਰੀਤ ਸਿੰਘ ਪੁੱਤਰ ਕਾਕਾ ਸਿੰਘ ਵਾਸੀ ਪਟ… [506, 425, 567, 500]
manki-public-notice: Public Notice ਦੀ ਮਾਣਕੀ ਬਹੁਮੰਤਵੀਂ ਸਹਿਕਾਰੀ… [763, 1956, 940, 2358]
pointing-hand-icon: ☛ [571, 611, 579, 620]
entry-text: ਮੈਂ Jawhar Lal ਪੁੱਤਰ Hukam Chand ਵਾਸੀ Ta… [3, 520, 244, 560]
hoshiarpur-court-notice: COURT NOTICE ਬਾ ਅਦਾਲਤ ਸ਼੍ਰੀ ਰਣਜੀਤ ਸਿੰਘ, … [1336, 1009, 1510, 1553]
qualification-item: (ਹ)ਉਮਰ ਦੀ ਹੱਦ 18 ਤੋਂ 35 ਸਾਲ ਤੱਕ। [773, 1779, 1119, 1795]
pointing-hand-icon: ☛ [506, 164, 514, 174]
list-item: ☛ਮੈਂ Mohammad ਅਯੂਬ ਪੁੱਤਰ ਸ਼ਹਿਜ਼ਾਦਾ ਵਾਸੀ … [251, 549, 495, 593]
pointing-hand-icon: ☛ [571, 1326, 579, 1335]
list-item: ☛ਮੈਂ ਜਸਵਿੰਦਰ ਸਿੰਘ ਪੁੱਤਰ ਸ੍ਰੀ ਸਿੰਘ ਵਾਸੀ ਮ… [251, 337, 495, 366]
pointing-hand-icon: ☛ [251, 186, 258, 196]
pointing-hand-icon: ☛ [756, 525, 764, 535]
name-label: ਨਾਮ [1346, 278, 1358, 290]
entry-text: I, Naresh Kumar s/o Kasturi Lal Narang R… [506, 1304, 567, 1473]
notice-type: ਪਬਲੀਕੇਸ਼ਨ ਨੋਟਿਸ [1343, 1083, 1503, 1099]
pointing-hand-icon: ☛ [3, 186, 11, 196]
notice-signature-2: ਜਿਲ੍ਹਾ ਕਚਹਿਰੀ ਮੋਗਾ, ਚੈਂਬਰ ਨੰ.41 [964, 2290, 1120, 2302]
entry-text: ਮੈਂ ਪੱਪੀ ਸਿੰਘ ਪੁੱਤਰ ਮੁਖਤਿਆਰ ਸਿੰਘ ਵਾਸੀ ਪਿ… [380, 1930, 750, 1989]
